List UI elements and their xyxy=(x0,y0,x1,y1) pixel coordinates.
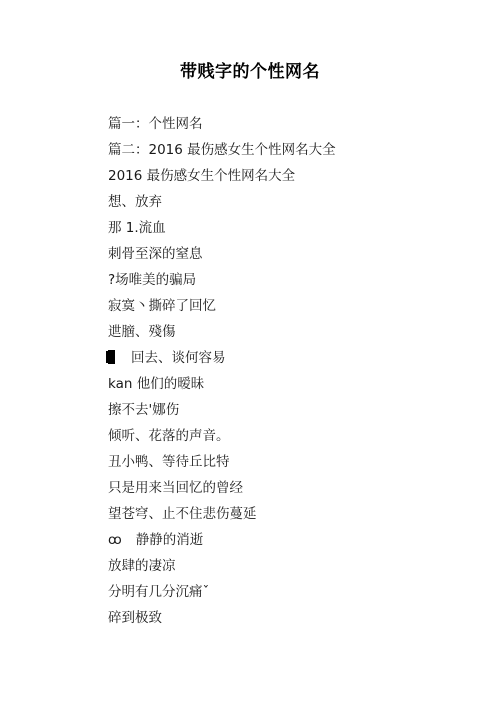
list-item: ꝏ静静的消逝 xyxy=(108,529,468,555)
list-item-text: 放肆的凄凉 xyxy=(108,558,176,574)
infinity-glyph-icon: ꝏ xyxy=(108,532,122,548)
list-item: 想、放弃 xyxy=(108,191,468,217)
list-item-text: 擦不去'娜伤 xyxy=(108,402,179,418)
list-item-text: 想、放弃 xyxy=(108,194,162,210)
list-item: 碎到极致 xyxy=(108,607,468,633)
list-item: kan 他们的暧昧 xyxy=(108,373,468,399)
list-item-text: ?场唯美的骗局 xyxy=(108,272,196,288)
list-item-text: 静静的消逝 xyxy=(136,532,204,548)
list-item: 只是用来当回忆的曾经 xyxy=(108,477,468,503)
list-item: 分明有几分沉痛ˇ xyxy=(108,581,468,607)
list-item: 丑小鸭、等待丘比特 xyxy=(108,451,468,477)
list-item-text: 刺骨至深的窒息 xyxy=(108,246,203,262)
list-item: 迣膪、殘傷 xyxy=(108,321,468,347)
list-item: 寂寞丶撕碎了回忆 xyxy=(108,295,468,321)
list-item-text: 篇一：个性网名 xyxy=(108,116,203,132)
list-item: 回去、谈何容易 xyxy=(108,347,468,373)
list-item: 那 1.流血 xyxy=(108,217,468,243)
list-item: 2016 最伤感女生个性网名大全 xyxy=(108,165,468,191)
bar-glyph-icon xyxy=(108,350,115,364)
document-title: 带贱字的个性网名 xyxy=(0,60,500,84)
list-item-text: 2016 最伤感女生个性网名大全 xyxy=(108,168,295,184)
list-item: ?场唯美的骗局 xyxy=(108,269,468,295)
list-item: 刺骨至深的窒息 xyxy=(108,243,468,269)
list-item: 擦不去'娜伤 xyxy=(108,399,468,425)
list-item-text: 只是用来当回忆的曾经 xyxy=(108,480,243,496)
list-item-text: 回去、谈何容易 xyxy=(131,350,226,366)
list-item: 倾听、花落的声音。 xyxy=(108,425,468,451)
list-item-text: kan 他们的暧昧 xyxy=(108,376,204,392)
list-item-text: 丑小鸭、等待丘比特 xyxy=(108,454,230,470)
document-page: 带贱字的个性网名 篇一：个性网名 篇二：2016 最伤感女生个性网名大全 201… xyxy=(0,0,500,707)
list-item: 放肆的凄凉 xyxy=(108,555,468,581)
list-item-text: 寂寞丶撕碎了回忆 xyxy=(108,298,216,314)
list-item-text: 那 1.流血 xyxy=(108,220,166,236)
list-item-text: 迣膪、殘傷 xyxy=(108,324,176,340)
list-item: 篇一：个性网名 xyxy=(108,113,468,139)
list-item-text: 倾听、花落的声音。 xyxy=(108,428,230,444)
list-item-text: 望苍穹、止不住悲伤蔓延 xyxy=(108,506,257,522)
list-item: 篇二：2016 最伤感女生个性网名大全 xyxy=(108,139,468,165)
list-item-text: 分明有几分沉痛ˇ xyxy=(108,584,209,600)
list-item-text: 篇二：2016 最伤感女生个性网名大全 xyxy=(108,142,336,158)
list-item: 望苍穹、止不住悲伤蔓延 xyxy=(108,503,468,529)
name-list: 篇一：个性网名 篇二：2016 最伤感女生个性网名大全 2016 最伤感女生个性… xyxy=(108,113,468,633)
list-item-text: 碎到极致 xyxy=(108,610,162,626)
